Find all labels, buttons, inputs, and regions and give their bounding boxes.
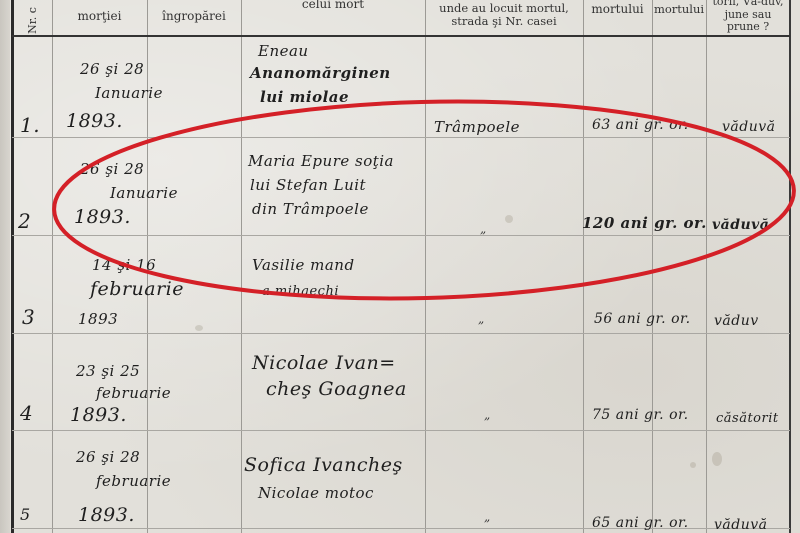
- column-divider: [583, 0, 584, 533]
- name-line: lui miolae: [260, 88, 349, 106]
- name-line: Maria Epure soţia: [248, 152, 394, 170]
- row-rule: [12, 333, 790, 334]
- date-year: 1893.: [66, 112, 123, 130]
- date-days: 26 şi 28: [80, 160, 144, 178]
- header-rule: [12, 35, 790, 37]
- date-days: 26 şi 28: [80, 60, 144, 78]
- marital-status: văduvă: [712, 216, 769, 234]
- age-religion: 65 ani gr. or.: [592, 514, 689, 532]
- date-days: 14 şi 16: [92, 256, 156, 274]
- header-name: celui mort: [241, 0, 425, 11]
- name-line: cheş Goagnea: [266, 380, 407, 398]
- page-edge: [0, 0, 10, 533]
- header-religion: mortului: [652, 3, 706, 16]
- date-days: 23 şi 25: [76, 362, 140, 380]
- name-line: a mihaechi: [262, 283, 339, 301]
- date-month: februarie: [96, 472, 171, 490]
- column-divider: [241, 0, 242, 533]
- date-days: 26 şi 28: [76, 448, 140, 466]
- header-age: mortului: [583, 3, 652, 16]
- age-religion: 120 ani gr. or.: [582, 214, 707, 232]
- date-month: Ianuarie: [110, 184, 178, 202]
- ditto-mark: „: [480, 222, 486, 236]
- ditto-mark: „: [484, 408, 490, 422]
- header-burial-date: îngropărei: [147, 10, 241, 23]
- row-rule: [12, 235, 790, 236]
- name-line: Sofica Ivancheş: [244, 456, 403, 474]
- name-line: lui Stefan Luit: [250, 176, 366, 194]
- name-line: Nicolae Ivan=: [252, 354, 396, 372]
- residence: Trâmpoele: [434, 118, 520, 136]
- date-month: Ianuarie: [95, 84, 163, 102]
- header-death-date: morţiei: [52, 10, 147, 23]
- marital-status: căsătorit: [716, 410, 779, 428]
- date-year: 1893.: [70, 406, 127, 424]
- paper-stain: [195, 325, 203, 331]
- marital-status: văduv: [714, 312, 759, 330]
- age-religion: 63 ani gr. or.: [592, 116, 689, 134]
- register-page: Nr. c morţiei îngropărei celui mort unde…: [0, 0, 800, 533]
- header-marital-status: torii, Vǎ-duv, june sau prune ?: [708, 0, 788, 34]
- name-line: Vasilie mand: [252, 256, 355, 274]
- date-year: 1893.: [74, 208, 131, 226]
- date-year: 1893.: [78, 506, 135, 524]
- header-nr: Nr. c: [14, 6, 50, 34]
- header-residence: unde au locuit mortul, strada şi Nr. cas…: [425, 2, 583, 28]
- row-rule: [12, 137, 790, 138]
- date-month: februarie: [96, 384, 171, 402]
- name-line: din Trâmpoele: [252, 200, 369, 218]
- row-number: 4: [20, 404, 33, 422]
- column-divider: [706, 0, 707, 533]
- column-divider: [652, 0, 653, 533]
- name-line: Ananomărginen: [250, 64, 391, 82]
- age-religion: 75 ani gr. or.: [592, 406, 689, 424]
- column-divider: [425, 0, 426, 533]
- row-number: 2: [18, 212, 31, 230]
- marital-status: văduvă: [722, 118, 776, 136]
- row-number: 1.: [20, 116, 40, 134]
- right-border: [789, 0, 791, 533]
- ditto-mark: „: [478, 312, 484, 326]
- column-divider: [52, 0, 53, 533]
- age-religion: 56 ani gr. or.: [594, 310, 691, 328]
- left-border: [11, 0, 14, 533]
- row-number: 5: [20, 506, 31, 524]
- ditto-mark: „: [484, 510, 490, 524]
- name-line: Eneau: [258, 42, 309, 60]
- paper-stain: [712, 452, 722, 466]
- date-month: februarie: [90, 280, 184, 298]
- date-year: 1893: [78, 310, 118, 328]
- row-number: 3: [22, 308, 35, 326]
- paper-stain: [690, 462, 696, 468]
- name-line: Nicolae motoc: [258, 484, 374, 502]
- paper-stain: [505, 215, 513, 223]
- row-rule: [12, 430, 790, 431]
- marital-status: văduvă: [714, 516, 768, 533]
